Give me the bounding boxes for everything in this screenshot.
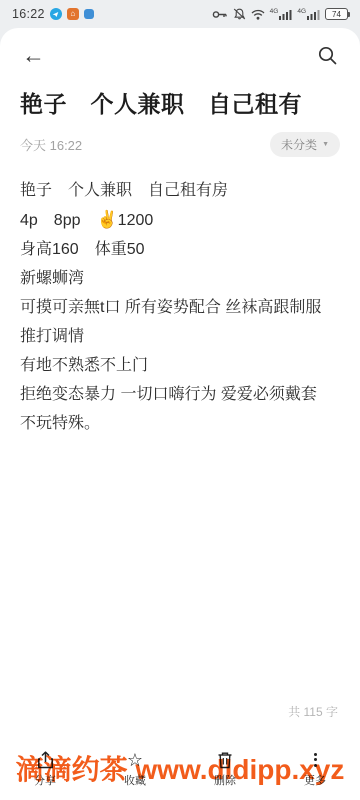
network-type-badge-1: 4G: [270, 9, 279, 16]
bell-muted-icon: [233, 8, 246, 20]
more-dots-icon: [314, 750, 317, 769]
note-meta-row: 今天 16:22 未分类 ▼: [0, 132, 360, 157]
category-badge[interactable]: 未分类 ▼: [270, 132, 340, 157]
nav-bar: ←: [0, 28, 360, 82]
more-label: 更多: [304, 772, 326, 788]
note-line: 拒绝变态暴力 一切口嗨行为 爱爱必须戴套: [20, 380, 340, 409]
network-type-badge-2: 4G: [297, 9, 306, 16]
search-icon: [317, 45, 338, 66]
note-line: 身高160 体重50: [20, 235, 340, 264]
battery-percent: 74: [332, 10, 341, 19]
category-label: 未分类: [281, 136, 317, 153]
battery-icon: 74: [325, 8, 348, 20]
signal-bars-icon-1: [279, 9, 292, 20]
note-line: 可摸可亲無t口 所有姿势配合 丝袜高跟制服: [20, 293, 340, 322]
price-value: 1200: [118, 212, 154, 229]
status-right: 4G 4G 74: [212, 8, 348, 20]
note-line: 有地不熟悉不上门: [20, 351, 340, 380]
app-notification-icon: ⌂: [67, 8, 79, 20]
victory-hand-emoji: ✌️: [97, 210, 118, 229]
note-line: 推打调情: [20, 322, 340, 351]
note-body[interactable]: 艳子 个人兼职 自己租有房 4p 8pp ✌️1200 身高160 体重50 新…: [0, 176, 360, 438]
price-prefix: 4p 8pp: [20, 212, 97, 229]
note-date: 今天 16:22: [20, 135, 82, 154]
star-icon: ☆: [127, 750, 143, 769]
more-button[interactable]: 更多: [270, 750, 360, 788]
spacer: [0, 438, 360, 703]
signal-bars-icon-2: [307, 9, 320, 20]
note-line-price: 4p 8pp ✌️1200: [20, 205, 340, 235]
note-line: 新螺蛳湾: [20, 264, 340, 293]
favorite-label: 收藏: [124, 772, 146, 788]
status-left: 16:22 ⌂: [12, 7, 94, 21]
note-card: ← 艳子 个人兼职 自己租有 今天 16:22 未分类 ▼ 艳子 个人兼职 自己…: [0, 28, 360, 800]
chevron-down-icon: ▼: [322, 141, 329, 148]
signal-sim1: 4G: [270, 9, 293, 20]
signal-sim2: 4G: [297, 9, 320, 20]
share-icon: [37, 750, 54, 769]
note-line: 不玩特殊。: [20, 409, 340, 438]
favorite-button[interactable]: ☆ 收藏: [90, 750, 180, 788]
vpn-key-icon: [212, 9, 228, 20]
trash-icon: [217, 750, 233, 769]
status-time: 16:22: [12, 7, 45, 21]
search-button[interactable]: [317, 45, 338, 66]
note-line: 艳子 个人兼职 自己租有房: [20, 176, 340, 205]
wifi-icon: [251, 9, 265, 20]
delete-label: 删除: [214, 772, 236, 788]
bottom-toolbar: 分享 ☆ 收藏 删除 更多: [0, 748, 360, 800]
app-notification-icon-2: [84, 9, 94, 19]
telegram-notification-icon: [50, 8, 62, 20]
back-button[interactable]: ←: [22, 44, 45, 67]
share-label: 分享: [34, 772, 56, 788]
status-bar: 16:22 ⌂ 4G 4G: [0, 0, 360, 28]
delete-button[interactable]: 删除: [180, 750, 270, 788]
note-title: 艳子 个人兼职 自己租有: [0, 82, 360, 119]
word-count: 共 115 字: [0, 703, 360, 720]
share-button[interactable]: 分享: [0, 750, 90, 788]
